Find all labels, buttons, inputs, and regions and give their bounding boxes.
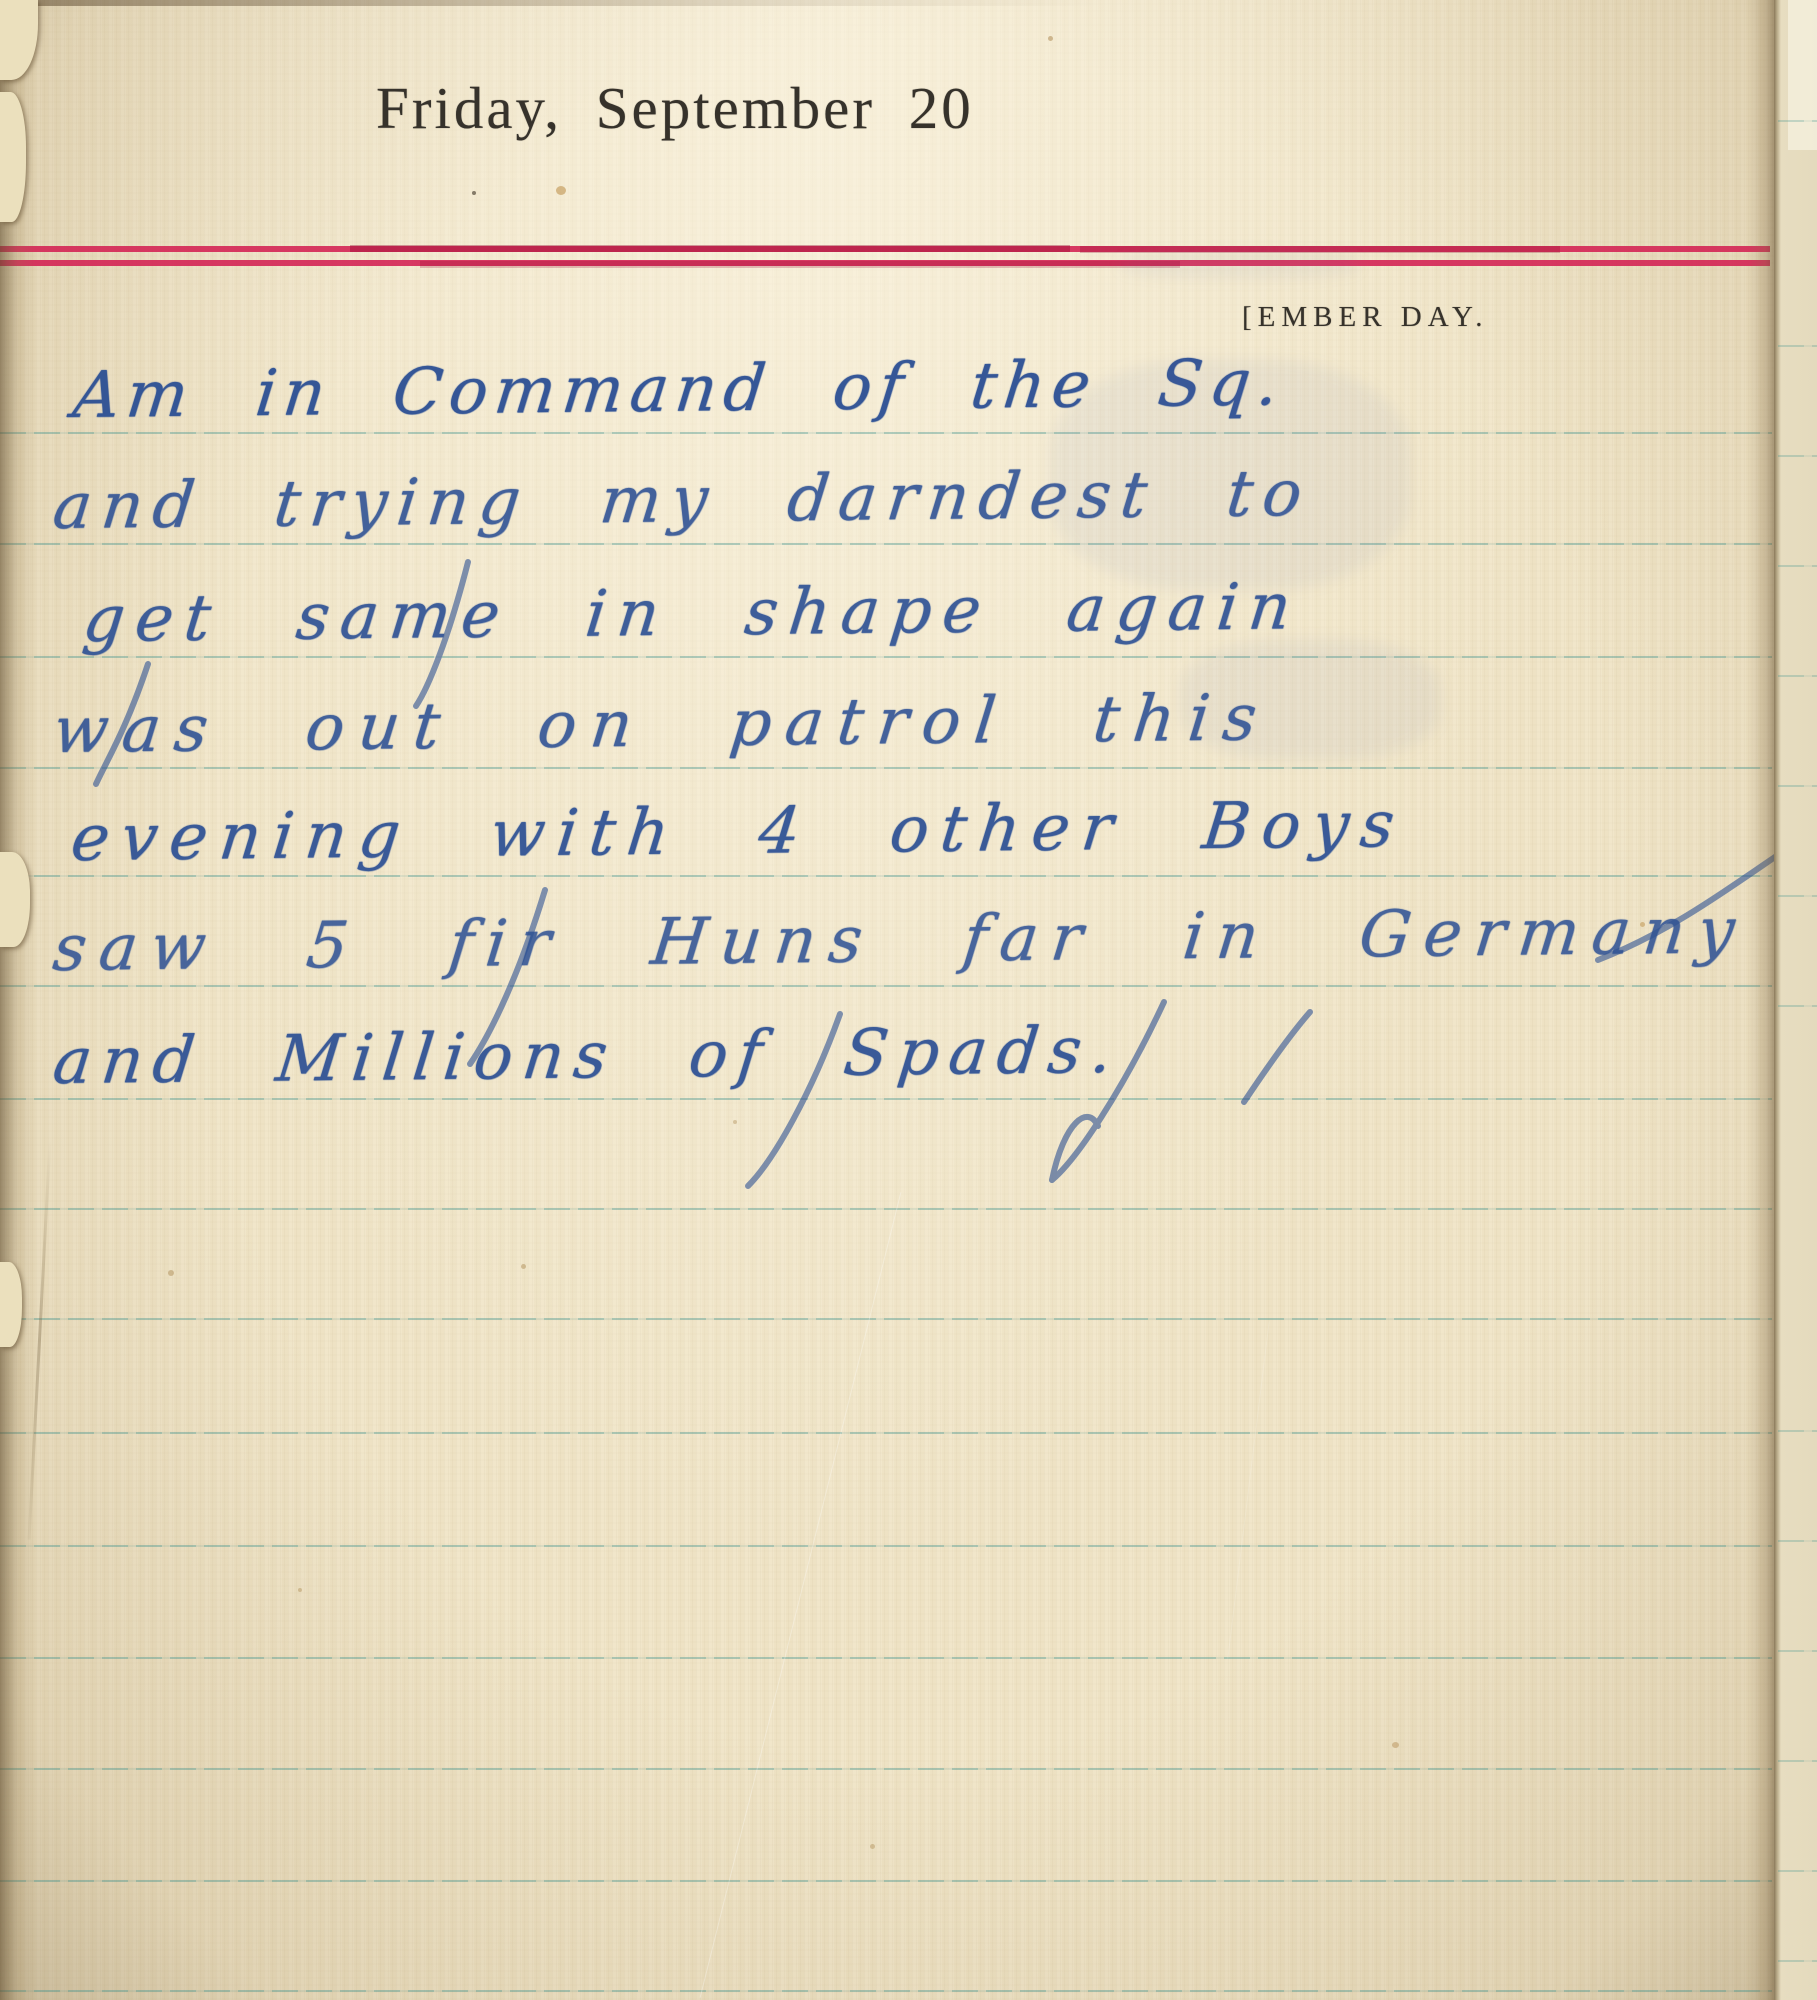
ruled-line — [0, 1318, 1772, 1320]
ruled-line — [1778, 1005, 1817, 1007]
ruled-line — [1778, 895, 1817, 897]
diary-entry-line: get same in shape again — [80, 575, 1305, 652]
age-stain — [472, 191, 476, 195]
age-stain — [556, 186, 566, 195]
ruled-line — [0, 1880, 1772, 1882]
age-stain — [870, 1844, 875, 1849]
ruled-line — [0, 1208, 1772, 1210]
age-stain — [521, 1264, 526, 1269]
torn-left-edge — [0, 0, 36, 2000]
ruled-line — [1778, 675, 1817, 677]
bleed-through-ghost — [1180, 640, 1440, 760]
ruled-line — [0, 656, 1772, 658]
ruled-line — [1778, 1960, 1817, 1962]
ruled-line — [1778, 565, 1817, 567]
ruled-line — [1778, 785, 1817, 787]
bleed-through-ghost — [1120, 252, 1360, 278]
ruled-line — [0, 1768, 1772, 1770]
ember-day-label: [EMBER DAY. — [1242, 301, 1489, 334]
ruled-line — [0, 1657, 1772, 1659]
ruled-line — [0, 1545, 1772, 1547]
age-stain — [168, 1270, 174, 1276]
paper-background — [0, 0, 1817, 2000]
ruled-line — [0, 985, 1772, 987]
red-rule-overdraw — [350, 245, 1070, 252]
torn-paper-chip — [0, 852, 30, 947]
ruled-line — [1778, 1540, 1817, 1542]
ruled-line — [0, 432, 1772, 434]
age-stain — [1048, 36, 1053, 41]
torn-paper-chip — [0, 1262, 22, 1347]
ruled-line — [1778, 345, 1817, 347]
red-rule-overdraw — [1080, 246, 1560, 253]
ruled-line — [1778, 120, 1817, 122]
ruled-line — [0, 767, 1772, 769]
red-rule-overdraw — [420, 261, 1180, 268]
ruled-line — [0, 875, 1772, 877]
diary-entry-line: was out on patrol this — [50, 686, 1274, 763]
ruled-line — [0, 1990, 1772, 1992]
bleed-through-ghost — [1050, 360, 1410, 590]
ruled-line — [0, 543, 1772, 545]
age-stain — [733, 1120, 737, 1124]
torn-paper-chip — [0, 92, 26, 222]
right-page-crease — [1748, 0, 1776, 2000]
ruled-line — [1778, 1430, 1817, 1432]
page-title-date: Friday, September 20 — [376, 74, 974, 143]
ruled-line — [1778, 455, 1817, 457]
underlying-page-edge — [1774, 0, 1817, 2000]
ruled-line — [1778, 1870, 1817, 1872]
age-stain — [1392, 1742, 1399, 1748]
top-edge-shadow — [0, 0, 1100, 6]
age-stain — [1640, 922, 1645, 927]
ruled-line — [0, 1432, 1772, 1434]
diary-entry-line: saw 5 fir Huns far in Germany — [50, 899, 1751, 981]
ruled-line — [1778, 1650, 1817, 1652]
diary-entry-line: and Millions of Spads. — [50, 1019, 1125, 1094]
ruled-line — [0, 1098, 1772, 1100]
age-stain — [298, 1588, 302, 1592]
ruled-line — [1778, 1760, 1817, 1762]
diary-entry-line: evening with 4 other Boys — [68, 793, 1409, 871]
diary-page-scan: Friday, September 20 [EMBER DAY. Am in C… — [0, 0, 1817, 2000]
underlying-page-highlight — [1788, 0, 1817, 150]
